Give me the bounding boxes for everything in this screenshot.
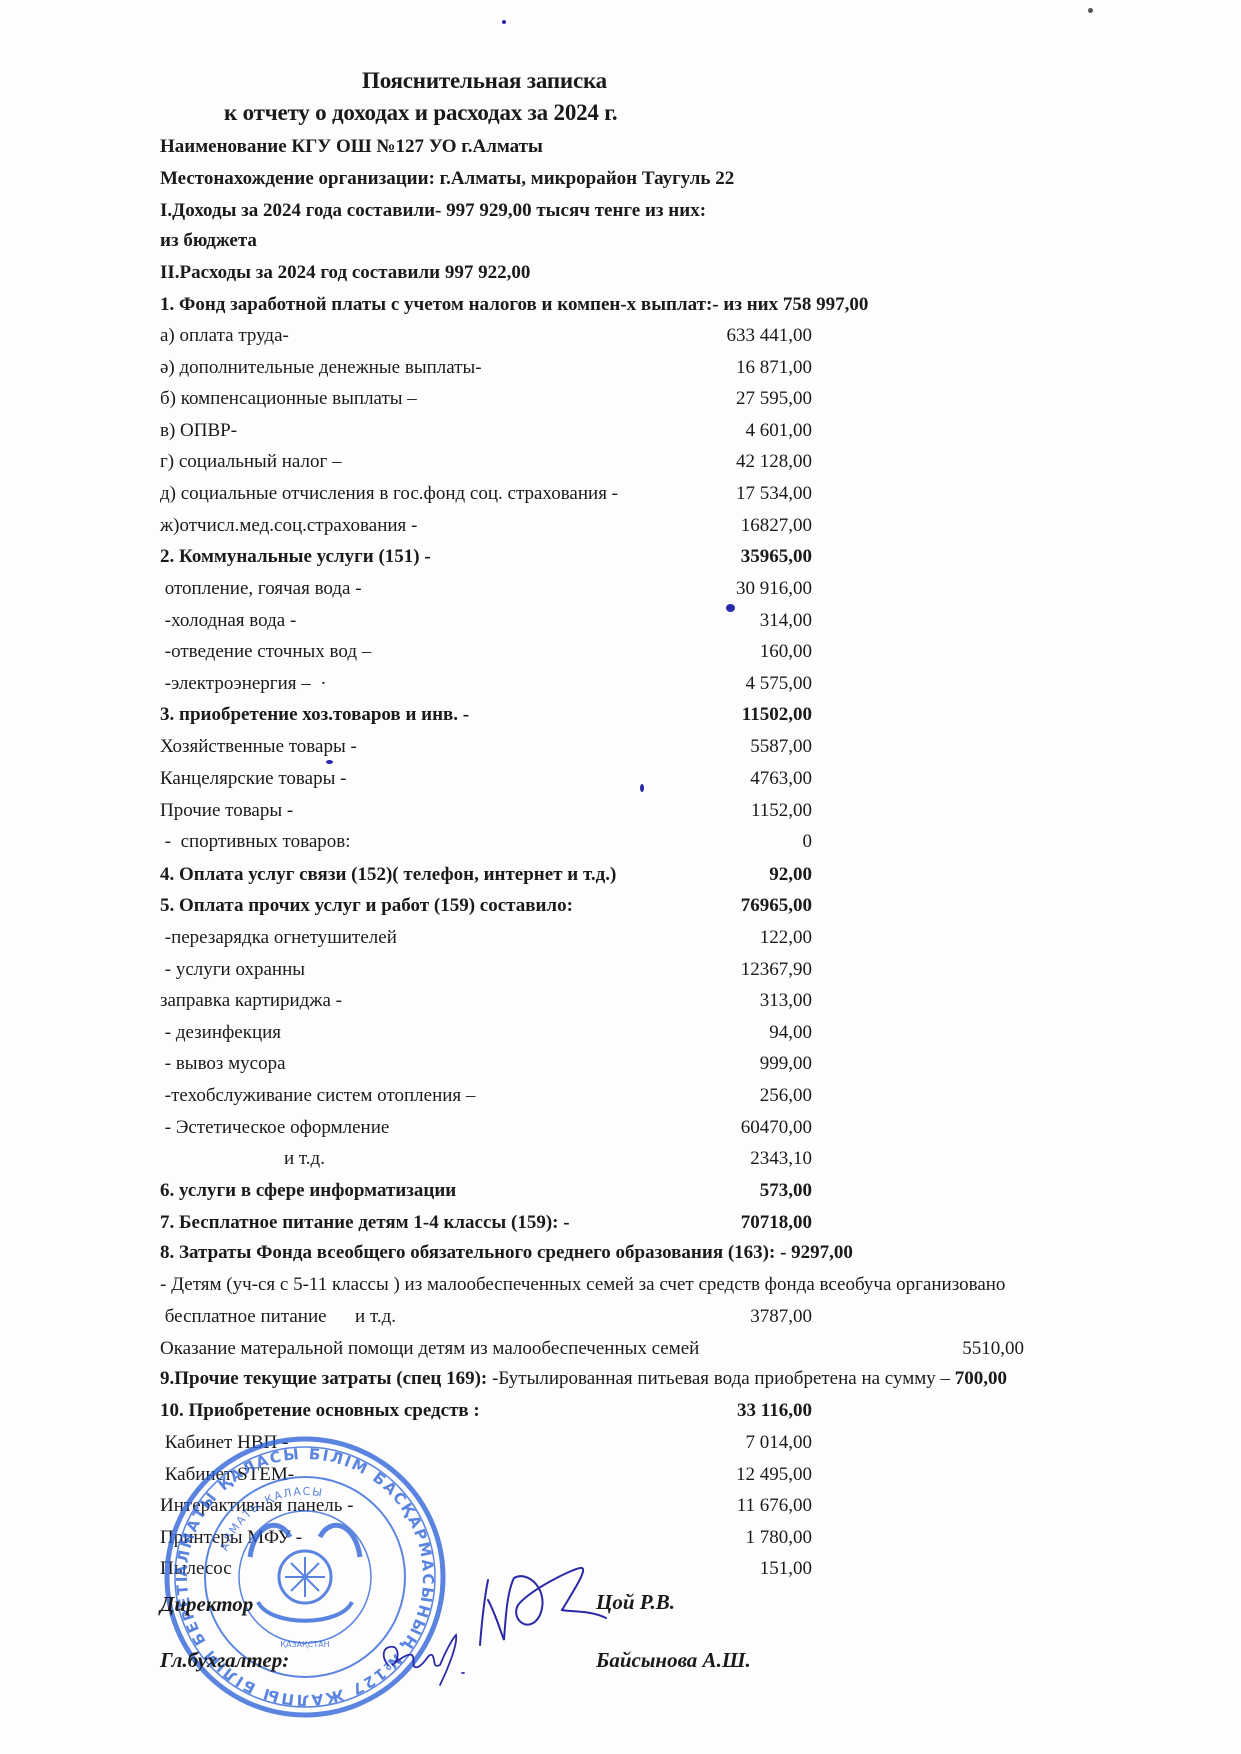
- line-item-value: 60470,00: [612, 1115, 812, 1141]
- expenses-summary: II.Расходы за 2024 год составили 997 922…: [160, 260, 530, 286]
- organization-name: Наименование КГУ ОШ №127 УО г.Алматы: [160, 134, 543, 160]
- section-4-total: 92,00: [612, 862, 812, 888]
- line-item-label: отопление, гоячая вода -: [160, 576, 362, 602]
- section-8-line-1: - Детям (уч-ся с 5-11 классы ) из малооб…: [160, 1272, 1005, 1298]
- director-title: Директор: [160, 1592, 253, 1617]
- section-9-heading-bold: 9.Прочие текущие затраты (спец 169):: [160, 1368, 492, 1389]
- line-item-label: - вывоз мусора: [160, 1051, 286, 1077]
- line-item-label: -техобслуживание систем отопления –: [160, 1083, 475, 1109]
- line-item-value: 5587,00: [612, 734, 812, 760]
- document-subtitle: к отчету о доходах и расходах за 2024 г.: [224, 100, 617, 126]
- section-7-total: 70718,00: [612, 1210, 812, 1236]
- section-9-heading-text: -Бутылированная питьевая вода приобретен…: [492, 1368, 955, 1389]
- line-item-value: 42 128,00: [612, 449, 812, 475]
- section-8-heading: 8. Затраты Фонда всеобщего обязательного…: [160, 1240, 853, 1266]
- ink-speck: [1088, 8, 1093, 13]
- document-title: Пояснительная записка: [362, 68, 607, 94]
- line-item-label: -холодная вода -: [160, 608, 296, 634]
- accountant-title: Гл.бухгалтер:: [160, 1648, 289, 1673]
- section-1-heading: 1. Фонд заработной платы с учетом налого…: [160, 292, 868, 318]
- section-2-total: 35965,00: [612, 544, 812, 570]
- line-item-value: 7 014,00: [612, 1430, 812, 1456]
- section-8-line-2: бесплатное питание и т.д.: [160, 1304, 396, 1330]
- line-item-label: Хозяйственные товары -: [160, 734, 357, 760]
- ink-speck: [726, 604, 735, 612]
- ink-speck: [640, 784, 644, 792]
- line-item-label: б) компенсационные выплаты –: [160, 386, 417, 412]
- svg-text:АЛМАТЫ ҚАЛАСЫ: АЛМАТЫ ҚАЛАСЫ: [218, 1485, 325, 1553]
- line-item-value: 633 441,00: [612, 323, 812, 349]
- line-item-value: 0: [612, 829, 812, 855]
- line-item-value: 1 780,00: [612, 1525, 812, 1551]
- section-8-line-3-value: 5510,00: [824, 1336, 1024, 1362]
- line-item-label: г) социальный налог –: [160, 449, 342, 475]
- line-item-value: 2343,10: [612, 1146, 812, 1172]
- section-9-heading: 9.Прочие текущие затраты (спец 169): -Бу…: [160, 1366, 1007, 1392]
- income-summary: I.Доходы за 2024 года составили- 997 929…: [160, 198, 706, 224]
- line-item-value: 12367,90: [612, 957, 812, 983]
- section-6-total: 573,00: [612, 1178, 812, 1204]
- line-item-value: 314,00: [612, 608, 812, 634]
- ink-speck: [326, 760, 333, 764]
- director-signature: [470, 1560, 610, 1655]
- line-item-value: 17 534,00: [612, 481, 812, 507]
- line-item-label: в) ОПВР-: [160, 418, 237, 444]
- section-4-heading: 4. Оплата услуг связи (152)( телефон, ин…: [160, 862, 616, 888]
- line-item-label: а) оплата труда-: [160, 323, 289, 349]
- accountant-name: Байсынова А.Ш.: [596, 1648, 751, 1673]
- section-9-value: 700,00: [955, 1368, 1007, 1389]
- line-item-label: -перезарядка огнетушителей: [160, 925, 397, 951]
- line-item-label: и т.д.: [284, 1146, 325, 1172]
- section-6-heading: 6. услуги в сфере информатизации: [160, 1178, 456, 1204]
- income-source: из бюджета: [160, 228, 257, 254]
- line-item-value: 12 495,00: [612, 1462, 812, 1488]
- ink-speck: [502, 20, 506, 24]
- line-item-value: 16 871,00: [612, 355, 812, 381]
- section-10-total: 33 116,00: [612, 1398, 812, 1424]
- line-item-label: заправка картириджа -: [160, 988, 342, 1014]
- section-7-heading: 7. Бесплатное питание детям 1-4 классы (…: [160, 1210, 570, 1236]
- line-item-value: 999,00: [612, 1051, 812, 1077]
- section-10-heading: 10. Приобретение основных средств :: [160, 1398, 480, 1424]
- section-3-total: 11502,00: [612, 702, 812, 728]
- line-item-label: - спортивных товаров:: [160, 829, 351, 855]
- line-item-value: 27 595,00: [612, 386, 812, 412]
- line-item-value: 16827,00: [612, 513, 812, 539]
- line-item-label: -отведение сточных вод –: [160, 639, 371, 665]
- section-2-heading: 2. Коммунальные услуги (151) -: [160, 544, 431, 570]
- line-item-label: Канцелярские товары -: [160, 766, 346, 792]
- line-item-value: 4 575,00: [612, 671, 812, 697]
- line-item-value: 4 601,00: [612, 418, 812, 444]
- line-item-value: 151,00: [612, 1556, 812, 1582]
- line-item-value: 313,00: [612, 988, 812, 1014]
- line-item-value: 160,00: [612, 639, 812, 665]
- line-item-label: Прочие товары -: [160, 798, 293, 824]
- line-item-label: - дезинфекция: [160, 1020, 281, 1046]
- section-5-total: 76965,00: [612, 893, 812, 919]
- stamp-inner-text: АЛМАТЫ ҚАЛАСЫ: [218, 1485, 325, 1553]
- line-item-value: 11 676,00: [612, 1493, 812, 1519]
- line-item-label: - Эстетическое оформление: [160, 1115, 389, 1141]
- line-item-label: ж)отчисл.мед.соц.страхования -: [160, 513, 417, 539]
- director-name: Цой Р.В.: [596, 1590, 675, 1615]
- line-item-label: ә) дополнительные денежные выплаты-: [160, 355, 482, 381]
- line-item-value: 256,00: [612, 1083, 812, 1109]
- accountant-signature: [370, 1625, 480, 1690]
- section-3-heading: 3. приобретение хоз.товаров и инв. -: [160, 702, 469, 728]
- line-item-value: 30 916,00: [612, 576, 812, 602]
- line-item-value: 94,00: [612, 1020, 812, 1046]
- section-8-line-3: Оказание матеральной помощи детям из мал…: [160, 1336, 699, 1362]
- section-8-line-2-value: 3787,00: [612, 1304, 812, 1330]
- line-item-value: 122,00: [612, 925, 812, 951]
- section-5-heading: 5. Оплата прочих услуг и работ (159) сос…: [160, 893, 573, 919]
- document-page: Пояснительная записка к отчету о доходах…: [0, 0, 1241, 1754]
- line-item-label: -электроэнергия – ·: [160, 671, 327, 697]
- organization-location: Местонахождение организации: г.Алматы, м…: [160, 166, 734, 192]
- line-item-value: 1152,00: [612, 798, 812, 824]
- line-item-label: д) социальные отчисления в гос.фонд соц.…: [160, 481, 618, 507]
- line-item-label: - услуги охранны: [160, 957, 305, 983]
